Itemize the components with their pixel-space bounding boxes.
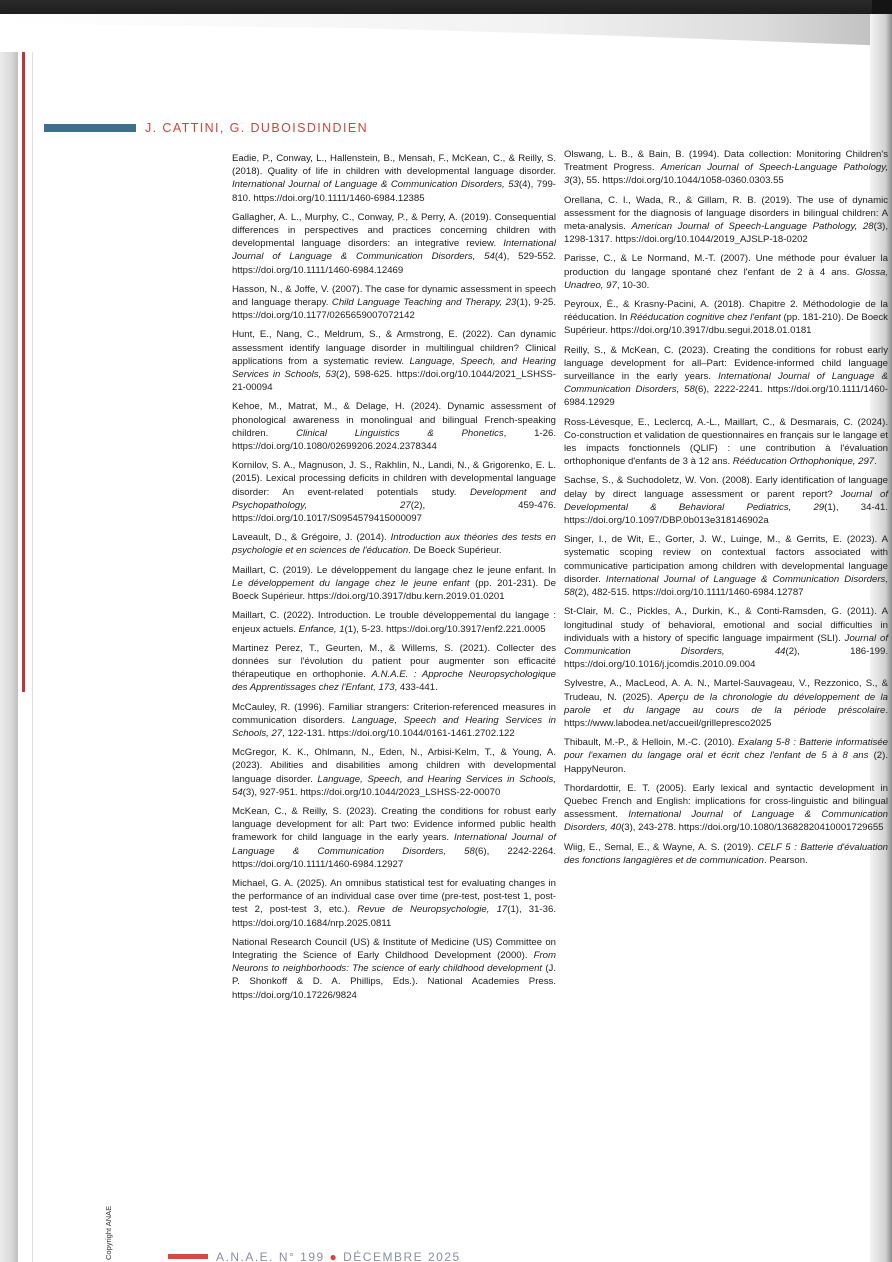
copyright-notice: Copyright ANAE bbox=[104, 1206, 113, 1260]
reference-locator: , 10-30. bbox=[617, 280, 650, 291]
reference-entry: Laveault, D., & Grégoire, J. (2014). Int… bbox=[232, 531, 556, 557]
reference-source: Clinical Linguistics & Phonetics bbox=[296, 428, 504, 439]
reference-text: Laveault, D., & Grégoire, J. (2014). bbox=[232, 532, 391, 543]
reference-entry: Hasson, N., & Joffe, V. (2007). The case… bbox=[232, 283, 556, 323]
reference-entry: Olswang, L. B., & Bain, B. (1994). Data … bbox=[564, 148, 888, 188]
reference-text: Sachse, S., & Suchodoletz, W. Von. (2008… bbox=[564, 475, 888, 499]
reference-locator: . Pearson. bbox=[764, 855, 808, 866]
reference-entry: Michael, G. A. (2025). An omnibus statis… bbox=[232, 877, 556, 930]
reference-entry: McCauley, R. (1996). Familiar strangers:… bbox=[232, 701, 556, 741]
footer-date: DÉCEMBRE 2025 bbox=[343, 1250, 461, 1262]
reference-entry: Gallagher, A. L., Murphy, C., Conway, P.… bbox=[232, 211, 556, 277]
reference-source: International Journal of Language & Comm… bbox=[232, 179, 519, 190]
reference-entry: Maillart, C. (2019). Le développement du… bbox=[232, 564, 556, 604]
reference-entry: Ross-Lévesque, E., Leclercq, A.-L., Mail… bbox=[564, 416, 888, 469]
scan-left-edge bbox=[0, 52, 18, 1262]
margin-red-rule bbox=[22, 52, 25, 692]
page-footer: A.N.A.E. N° 199 ● DÉCEMBRE 2025 bbox=[168, 1250, 461, 1262]
reference-locator: (2), 482-515. https://doi.org/10.1111/14… bbox=[575, 587, 804, 598]
reference-entry: Peyroux, É., & Krasny-Pacini, A. (2018).… bbox=[564, 298, 888, 338]
reference-entry: Martinez Perez, T., Geurten, M., & Wille… bbox=[232, 642, 556, 695]
references-left-column: Eadie, P., Conway, L., Hallenstein, B., … bbox=[232, 152, 556, 1008]
reference-entry: Orellana, C. I., Wada, R., & Gillam, R. … bbox=[564, 194, 888, 247]
reference-text: St-Clair, M. C., Pickles, A., Durkin, K.… bbox=[564, 606, 888, 643]
reference-text: Thibault, M.-P., & Helloin, M.-C. (2010)… bbox=[564, 737, 738, 748]
reference-text: Eadie, P., Conway, L., Hallenstein, B., … bbox=[232, 153, 556, 177]
reference-source: American Journal of Speech-Language Path… bbox=[632, 221, 874, 232]
reference-entry: Sylvestre, A., MacLeod, A. A. N., Martel… bbox=[564, 677, 888, 730]
reference-entry: McGregor, K. K., Ohlmann, N., Eden, N., … bbox=[232, 746, 556, 799]
reference-entry: Parisse, C., & Le Normand, M.-T. (2007).… bbox=[564, 252, 888, 292]
reference-entry: Thibault, M.-P., & Helloin, M.-C. (2010)… bbox=[564, 736, 888, 776]
reference-entry: Wiig, E., Semal, E., & Wayne, A. S. (201… bbox=[564, 841, 888, 867]
reference-entry: Kehoe, M., Matrat, M., & Delage, H. (202… bbox=[232, 400, 556, 453]
reference-locator: (3), 243-278. https://doi.org/10.1080/13… bbox=[621, 822, 883, 833]
running-header-authors: J. Cattini, G. Duboisdindien bbox=[145, 121, 368, 135]
reference-entry: Thordardottir, E. T. (2005). Early lexic… bbox=[564, 782, 888, 835]
reference-text: Maillart, C. (2019). Le développement du… bbox=[232, 565, 556, 576]
reference-locator: , 122-131. https://doi.org/10.1044/0161-… bbox=[282, 728, 515, 739]
reference-entry: Sachse, S., & Suchodoletz, W. Von. (2008… bbox=[564, 474, 888, 527]
reference-locator: (3), 927-951. https://doi.org/10.1044/20… bbox=[243, 787, 501, 798]
reference-entry: Hunt, E., Nang, C., Meldrum, S., & Armst… bbox=[232, 328, 556, 394]
reference-entry: Reilly, S., & McKean, C. (2023). Creatin… bbox=[564, 344, 888, 410]
reference-source: Revue de Neuropsychologie, 17 bbox=[357, 904, 507, 915]
reference-source: Rééducation Orthophonique, 297 bbox=[733, 456, 874, 467]
footer-journal: A.N.A.E. N° 199 bbox=[216, 1250, 325, 1262]
reference-entry: Maillart, C. (2022). Introduction. Le tr… bbox=[232, 609, 556, 635]
reference-source: Enfance, 1 bbox=[299, 624, 345, 635]
reference-entry: St-Clair, M. C., Pickles, A., Durkin, K.… bbox=[564, 605, 888, 671]
reference-text: National Research Council (US) & Institu… bbox=[232, 937, 556, 961]
reference-locator: (1), 5-23. https://doi.org/10.3917/enf2.… bbox=[345, 624, 546, 635]
reference-entry: McKean, C., & Reilly, S. (2023). Creatin… bbox=[232, 805, 556, 871]
reference-entry: Singer, I., de Wit, E., Gorter, J. W., L… bbox=[564, 533, 888, 599]
reference-source: Le développement du langage chez le jeun… bbox=[232, 578, 470, 589]
reference-locator: . De Boeck Supérieur. bbox=[408, 545, 501, 556]
reference-entry: Eadie, P., Conway, L., Hallenstein, B., … bbox=[232, 152, 556, 205]
reference-locator: . bbox=[874, 456, 877, 467]
reference-text: Parisse, C., & Le Normand, M.-T. (2007).… bbox=[564, 253, 888, 277]
reference-entry: National Research Council (US) & Institu… bbox=[232, 936, 556, 1002]
references-right-column: Olswang, L. B., & Bain, B. (1994). Data … bbox=[564, 148, 888, 873]
margin-thin-rule bbox=[32, 52, 33, 1262]
reference-locator: , 433-441. bbox=[395, 682, 438, 693]
header-accent-bar bbox=[44, 124, 136, 132]
reference-entry: Kornilov, S. A., Magnuson, J. S., Rakhli… bbox=[232, 459, 556, 525]
footer-bullet-icon: ● bbox=[330, 1250, 339, 1262]
reference-source: Child Language Teaching and Therapy, 23 bbox=[332, 297, 516, 308]
reference-source: Rééducation cognitive chez l'enfant bbox=[630, 312, 781, 323]
reference-locator: (3), 55. https://doi.org/10.1044/1058-03… bbox=[569, 175, 783, 186]
reference-text: Wiig, E., Semal, E., & Wayne, A. S. (201… bbox=[564, 842, 757, 853]
